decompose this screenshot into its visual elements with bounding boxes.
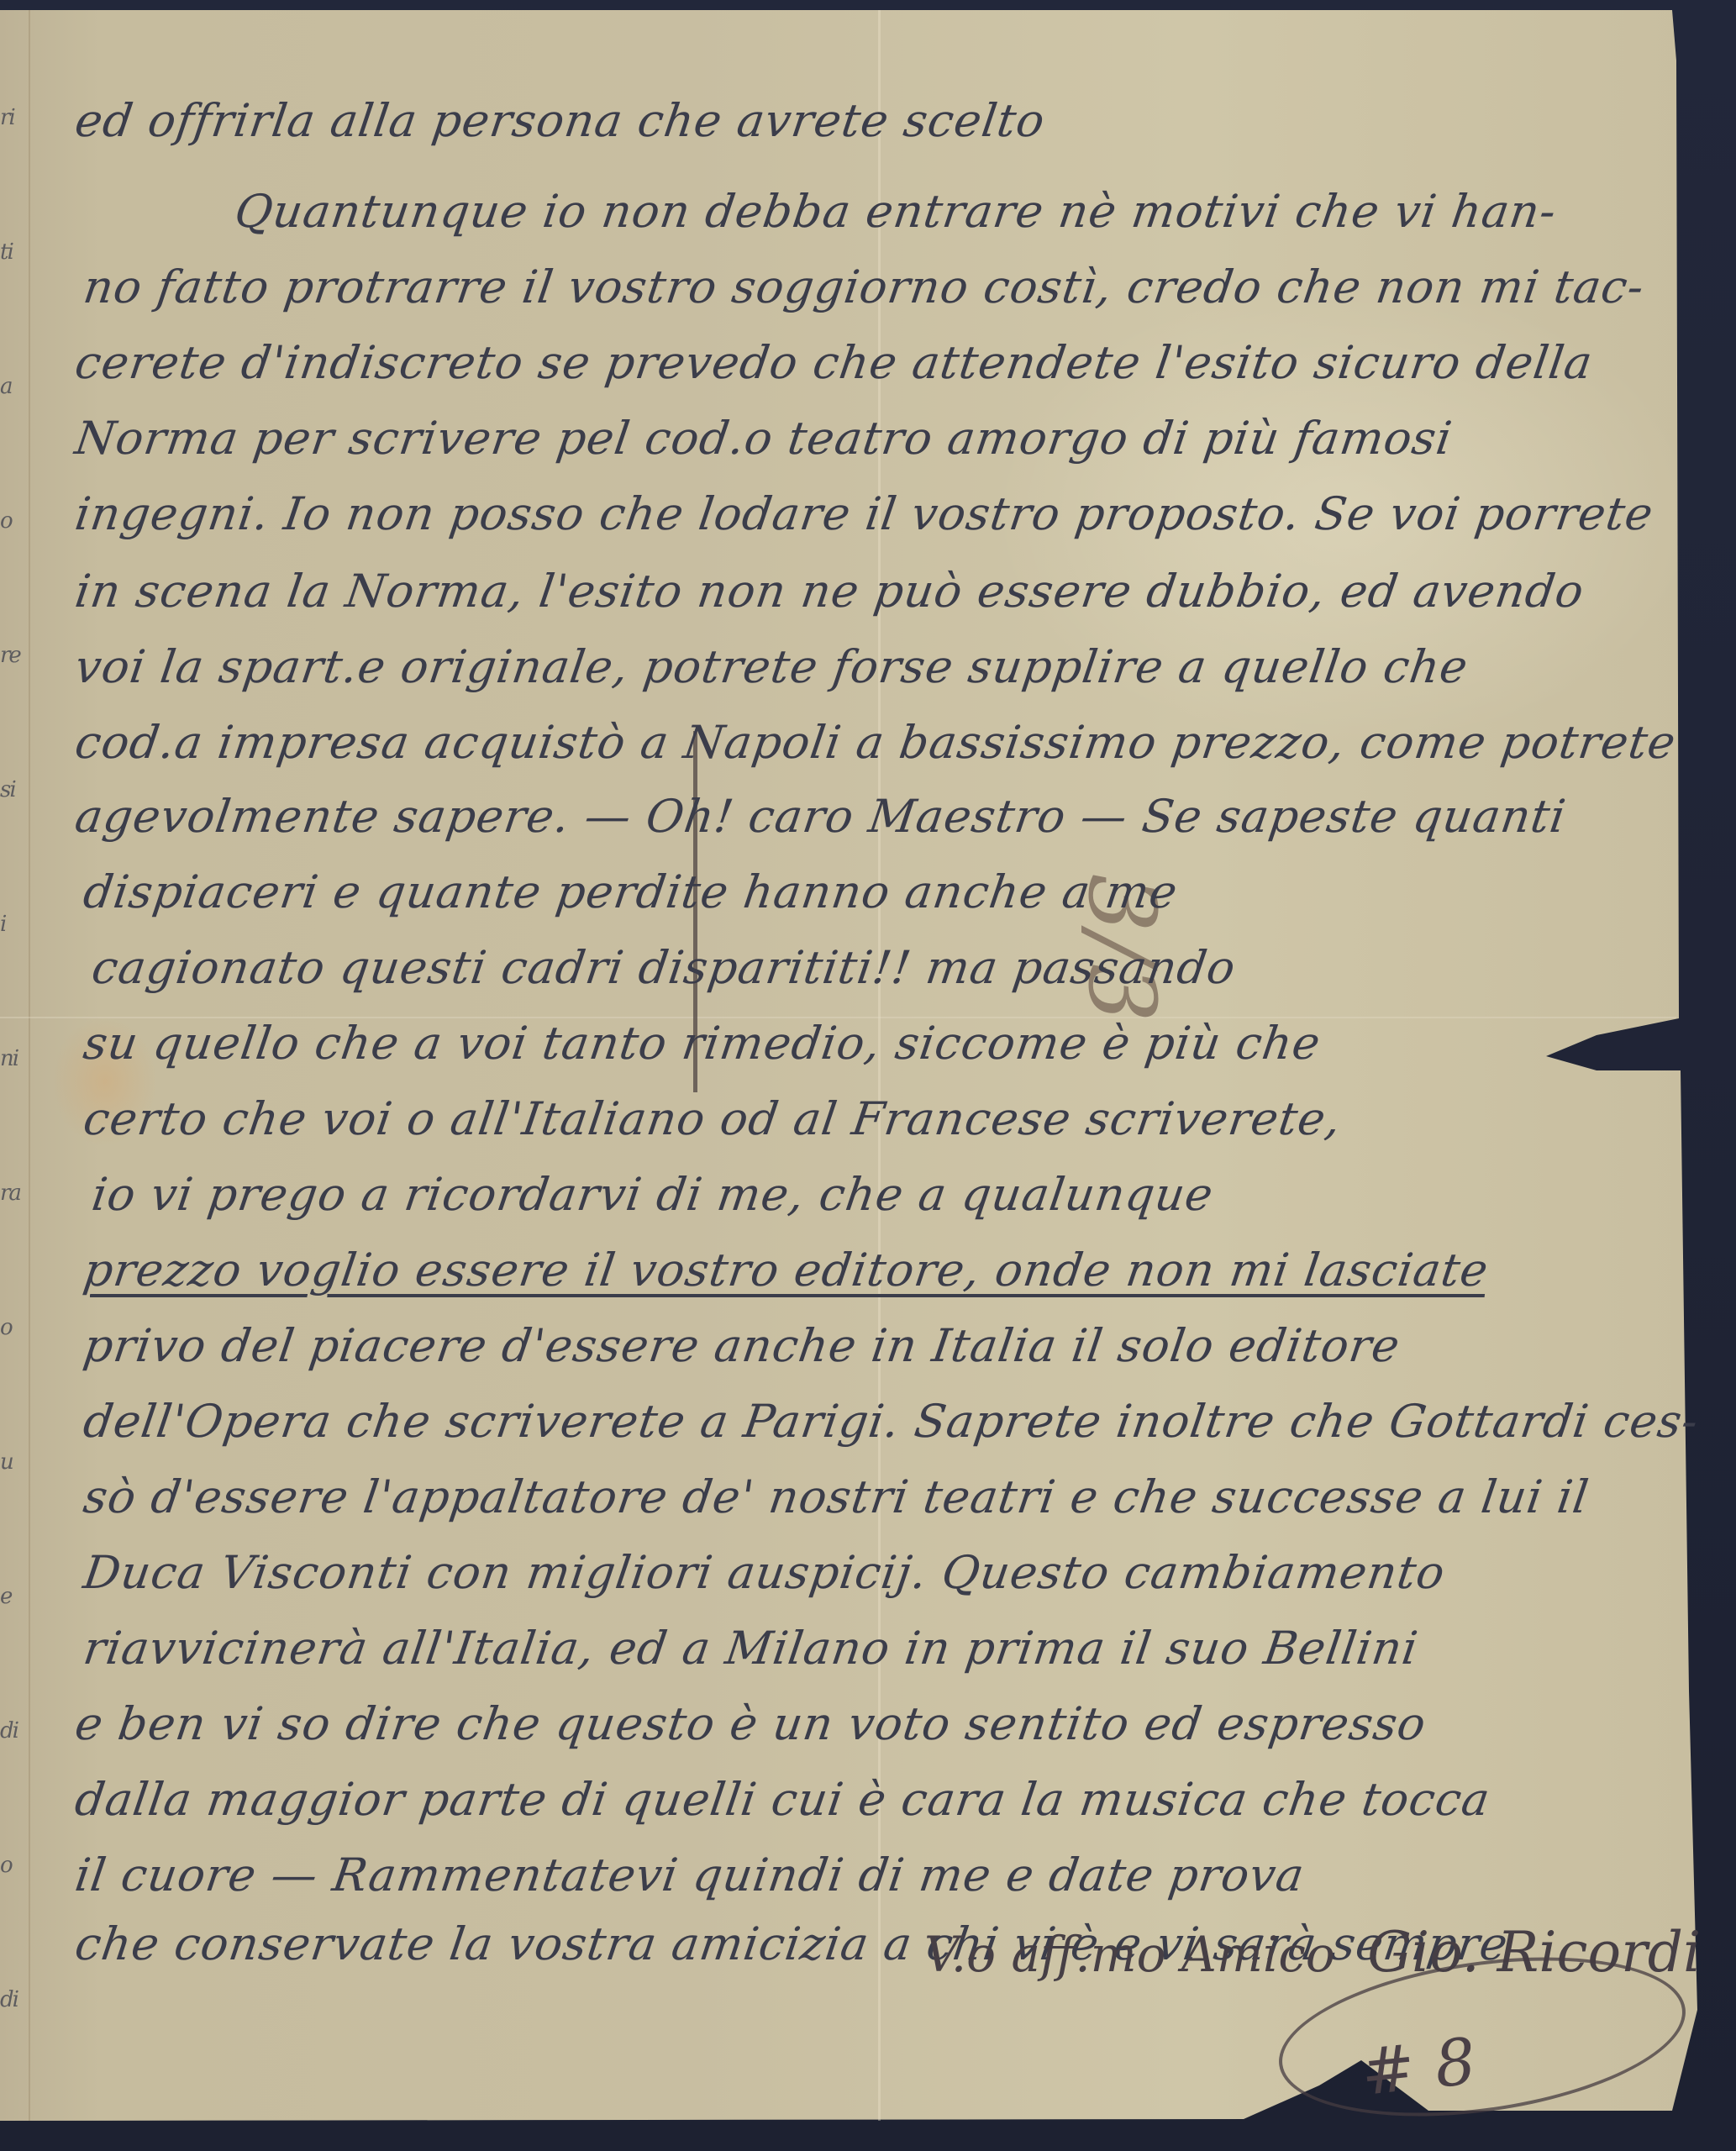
archive-number-mark: # 8 [1358,2023,1480,2110]
letter-line: Norma per scrivere pel cod.o teatro amor… [72,412,1456,465]
letter-line: agevolmente sapere. — Oh! caro Maestro —… [72,790,1570,843]
letter-line-underlined: prezzo voglio essere il vostro editore, … [81,1244,1492,1296]
margin-fragment: o [0,1260,34,1395]
margin-fragment: re [0,588,34,723]
letter-line: no fatto protrarre il vostro soggiorno c… [81,260,1648,313]
letter-line: cagionato questi cadri disparititi!! ma … [89,941,1239,994]
margin-fragment: o [0,454,34,588]
margin-fragment: e [0,1529,34,1664]
margin-fragment: ni [0,991,34,1126]
letter-line: in scena la Norma, l'esito non ne può es… [72,565,1588,618]
letter-line: riavvicinerà all'Italia, ed a Milano in … [81,1622,1422,1675]
margin-fragment: di [0,1933,34,2067]
letter-line: Quantunque io non debba entrare nè motiv… [232,185,1560,238]
margin-fragment: u [0,1395,34,1529]
letter-line: certo che voi o all'Italiano od al Franc… [81,1092,1345,1145]
margin-fragment: ra [0,1126,34,1260]
margin-fragment: ri [0,50,34,185]
letter-line: su quello che a voi tanto rimedio, sicco… [81,1017,1324,1070]
letter-line: sò d'essere l'appaltatore de' nostri tea… [81,1470,1592,1523]
margin-fragment: o [0,1798,34,1933]
margin-fragment: si [0,723,34,857]
letter-line: io vi prego a ricordarvi di me, che a qu… [89,1168,1218,1221]
margin-fragment: i [0,857,34,991]
letter-line: il cuore — Rammentatevi quindi di me e d… [72,1849,1308,1901]
margin-fragment: a [0,319,34,454]
letter-line: e ben vi so dire che questo è un voto se… [72,1697,1430,1750]
letter-line: Duca Visconti con migliori auspicij. Que… [81,1546,1449,1599]
letter-line: dispiaceri e quante perdite hanno anche … [81,865,1181,918]
letter-line: ed offrirla alla persona che avrete scel… [72,94,1049,147]
letter-line: ingegni. Io non posso che lodare il vost… [72,487,1657,540]
letter-line: cerete d'indiscreto se prevedo che atten… [72,336,1597,389]
margin-fragment: di [0,1664,34,1798]
previous-page-margin-fragments: ri ti a o re si i ni ra o u e di o di [0,50,34,2067]
closing-salutation: V.o aff.mo Amico [924,1926,1335,1983]
letter-line: privo del piacere d'essere anche in Ital… [81,1319,1404,1372]
margin-fragment: ti [0,185,34,319]
letter-line: voi la spart.e originale, potrete forse … [72,640,1472,693]
letter-line: cod.a impresa acquistò a Napoli a bassis… [72,716,1680,769]
letter-line: dalla maggior parte di quelli cui è cara… [72,1773,1494,1826]
letter-line: dell'Opera che scriverete a Parigi. Sapr… [81,1395,1702,1448]
